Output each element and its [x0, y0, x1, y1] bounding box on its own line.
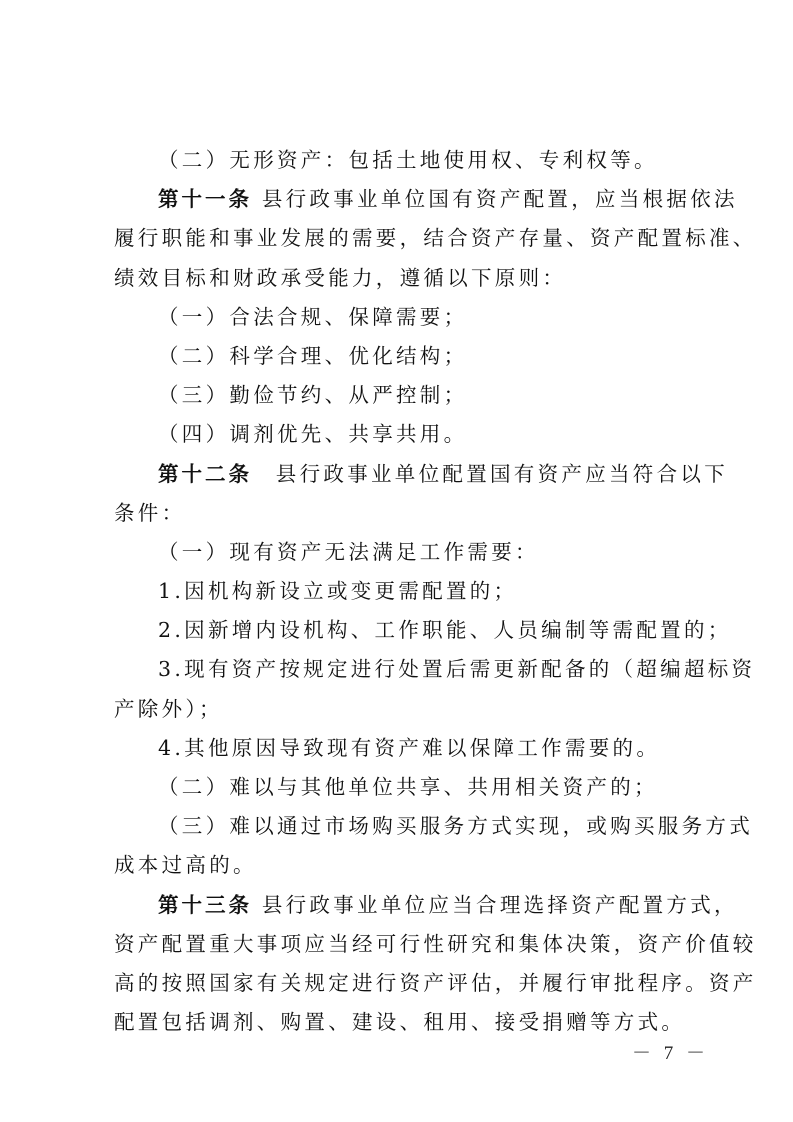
line-text: 1.因机构新设立或变更需配置的； — [158, 579, 517, 603]
line-text: 高的按照国家有关规定进行资产评估，并履行审批程序。资产 — [114, 971, 757, 995]
paragraph-line: 成本过高的。 — [114, 846, 686, 885]
list-item: 2.因新增内设机构、工作职能、人员编制等需配置的； — [114, 611, 686, 650]
line-text: 履行职能和事业发展的需要，结合资产存量、资产配置标准、 — [114, 226, 757, 250]
line-text: （三）勤俭节约、从严控制； — [158, 383, 467, 407]
list-item: （二）科学合理、优化结构； — [114, 337, 686, 376]
list-item: （一）现有资产无法满足工作需要： — [114, 533, 686, 572]
line-text: 产除外）； — [114, 697, 223, 721]
paragraph-line: （二）无形资产：包括土地使用权、专利权等。 — [114, 141, 686, 180]
line-text: （四）调剂优先、共享共用。 — [158, 422, 467, 446]
line-text: （一）现有资产无法满足工作需要： — [158, 540, 539, 564]
line-text: （一）合法合规、保障需要； — [158, 305, 467, 329]
document-page: （二）无形资产：包括土地使用权、专利权等。 第十一条 县行政事业单位国有资产配置… — [0, 0, 793, 1122]
paragraph-line: 产除外）； — [114, 690, 686, 729]
line-text: （二）无形资产：包括土地使用权、专利权等。 — [158, 148, 658, 172]
paragraph-line: 绩效目标和财政承受能力，遵循以下原则： — [114, 259, 686, 298]
list-item: （一）合法合规、保障需要； — [114, 298, 686, 337]
article-number: 第十一条 — [158, 187, 252, 211]
line-text: 配置包括调剂、购置、建设、租用、接受捐赠等方式。 — [114, 1010, 685, 1034]
line-text: 资产配置重大事项应当经可行性研究和集体决策，资产价值较 — [114, 932, 757, 956]
line-text: （三）难以通过市场购买服务方式实现，或购买服务方式 — [158, 814, 753, 838]
line-text: （二）科学合理、优化结构； — [158, 344, 467, 368]
page-number: － 7 － — [632, 1038, 709, 1065]
line-text: 3.现有资产按规定进行处置后需更新配备的（超编超标资 — [158, 657, 755, 681]
paragraph-line: 高的按照国家有关规定进行资产评估，并履行审批程序。资产 — [114, 964, 686, 1003]
paragraph-line: 履行职能和事业发展的需要，结合资产存量、资产配置标准、 — [114, 219, 686, 258]
article-number: 第十三条 — [158, 893, 252, 917]
line-text: 县行政事业单位国有资产配置，应当根据依法 — [252, 187, 738, 211]
line-text: 2.因新增内设机构、工作职能、人员编制等需配置的； — [158, 618, 732, 642]
line-text: 县行政事业单位应当合理选择资产配置方式， — [252, 893, 738, 917]
list-item: 4.其他原因导致现有资产难以保障工作需要的。 — [114, 729, 686, 768]
list-item: 3.现有资产按规定进行处置后需更新配备的（超编超标资 — [114, 650, 686, 689]
paragraph-line: 条件： — [114, 494, 686, 533]
list-item: 1.因机构新设立或变更需配置的； — [114, 572, 686, 611]
article-12-heading-line: 第十二条 县行政事业单位配置国有资产应当符合以下 — [114, 455, 686, 494]
list-item: （三）勤俭节约、从严控制； — [114, 376, 686, 415]
article-11-heading-line: 第十一条 县行政事业单位国有资产配置，应当根据依法 — [114, 180, 686, 219]
list-item: （四）调剂优先、共享共用。 — [114, 415, 686, 454]
line-text: 条件： — [114, 501, 185, 525]
line-text: 绩效目标和财政承受能力，遵循以下原则： — [114, 266, 566, 290]
article-13-heading-line: 第十三条 县行政事业单位应当合理选择资产配置方式， — [114, 886, 686, 925]
paragraph-line: 配置包括调剂、购置、建设、租用、接受捐赠等方式。 — [114, 1003, 686, 1042]
line-text: （二）难以与其他单位共享、共用相关资产的； — [158, 775, 658, 799]
list-item: （二）难以与其他单位共享、共用相关资产的； — [114, 768, 686, 807]
line-text: 成本过高的。 — [114, 853, 257, 877]
article-number: 第十二条 — [158, 462, 252, 486]
document-body: （二）无形资产：包括土地使用权、专利权等。 第十一条 县行政事业单位国有资产配置… — [114, 141, 686, 1042]
line-text: 县行政事业单位配置国有资产应当符合以下 — [252, 462, 728, 486]
paragraph-line: 资产配置重大事项应当经可行性研究和集体决策，资产价值较 — [114, 925, 686, 964]
list-item: （三）难以通过市场购买服务方式实现，或购买服务方式 — [114, 807, 686, 846]
line-text: 4.其他原因导致现有资产难以保障工作需要的。 — [158, 736, 660, 760]
